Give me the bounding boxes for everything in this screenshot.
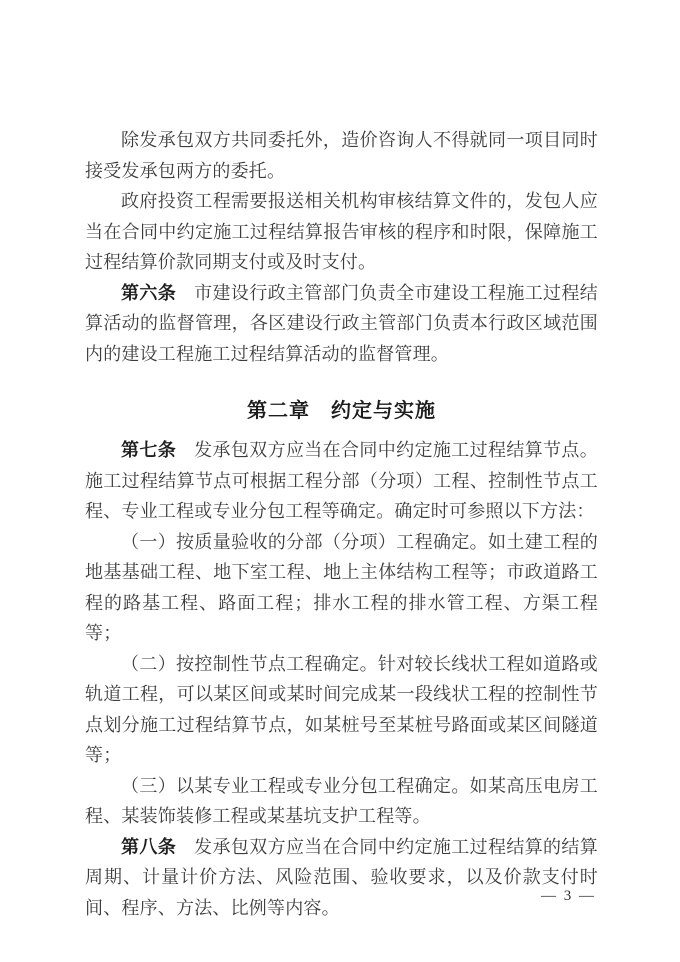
document-content: 除发承包双方共同委托外，造价咨询人不得就同一项目同时接受发承包两方的委托。 政府… — [85, 125, 598, 923]
article-number: 第八条 — [121, 837, 176, 857]
list-item-paragraph: （一）按质量验收的分部（分项）工程确定。如土建工程的地基基础工程、地下室工程、地… — [85, 527, 598, 649]
paragraph: 除发承包双方共同委托外，造价咨询人不得就同一项目同时接受发承包两方的委托。 — [85, 125, 598, 186]
article-number: 第七条 — [121, 440, 176, 460]
article-paragraph: 第七条发承包双方应当在合同中约定施工过程结算节点。施工过程结算节点可根据工程分部… — [85, 435, 598, 527]
list-item-paragraph: （三）以某专业工程或专业分包工程确定。如某高压电房工程、某装饰装修工程或某基坑支… — [85, 771, 598, 832]
paragraph: 政府投资工程需要报送相关机构审核结算文件的，发包人应当在合同中约定施工过程结算报… — [85, 186, 598, 278]
article-number: 第六条 — [121, 283, 176, 303]
article-paragraph: 第八条发承包双方应当在合同中约定施工过程结算的结算周期、计量计价方法、风险范围、… — [85, 832, 598, 924]
page-number: — 3 — — [541, 888, 596, 905]
document-page: 除发承包双方共同委托外，造价咨询人不得就同一项目同时接受发承包两方的委托。 政府… — [0, 0, 680, 962]
article-paragraph: 第六条市建设行政主管部门负责全市建设工程施工过程结算活动的监督管理，各区建设行政… — [85, 278, 598, 370]
list-item-paragraph: （二）按控制性节点工程确定。针对较长线状工程如道路或轨道工程，可以某区间或某时间… — [85, 649, 598, 771]
chapter-heading: 第二章 约定与实施 — [85, 396, 598, 426]
